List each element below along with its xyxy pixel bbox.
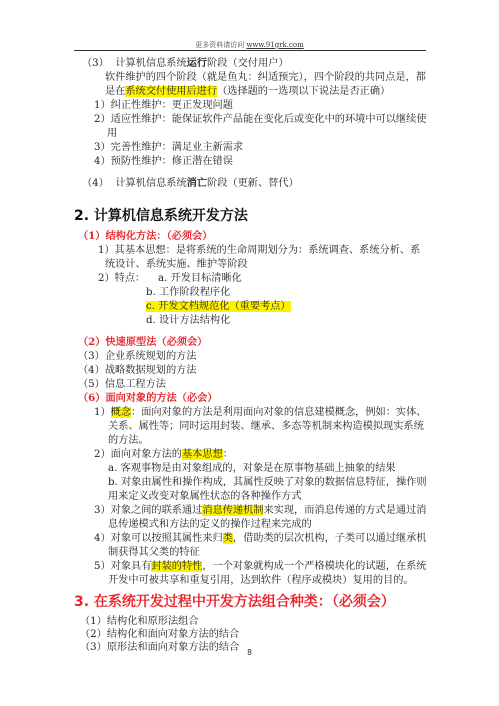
oo-point-2-a: a. 客观事物是由对象组成的，对象是在原事物基础上抽象的结果: [108, 462, 396, 475]
maintenance-desc-line2: 是在系统交付使用后进行（选择题的一选项以下说法是否正确）: [105, 85, 390, 98]
maint-item-4: 4）预防性维护：修正潜在错误: [94, 155, 233, 168]
header-url-link[interactable]: www.91grk.com: [246, 41, 303, 49]
page-number: 8: [0, 648, 499, 657]
method-6-title: （6）面向对象的方法（必会）: [78, 392, 218, 405]
header-prefix: 更多资料请访问: [195, 41, 246, 49]
oo-point-5-line2: 开发中可被共享和重复引用，达到软件（程序或模块）复用的目的。: [108, 574, 414, 587]
maintenance-desc-line1: 软件维护的四个阶段（就是鱼丸：纠适预完），四个阶段的共同点是，都: [105, 71, 426, 84]
text: 来实现，而消息传递的方式是通过消: [263, 505, 426, 516]
bold-term: 消亡: [187, 177, 207, 189]
item-number: （3）: [82, 58, 109, 69]
feature-b: b. 工作阶段程序化: [146, 286, 230, 299]
highlighted-text: 消息传递机制: [202, 505, 263, 516]
oo-point-2: 2）面向对象方法的基本思想：: [94, 448, 233, 461]
text: （选择题的一选项以下说法是否正确）: [217, 86, 390, 97]
method-1-idea-line1: 1）其基本思想：是将系统的生命周期划分为：系统调查、系统分析、系: [98, 244, 420, 257]
text: 是在: [105, 86, 125, 97]
oo-point-1-line2: 关系、属性等；同时运用封装、继承、多态等机制来构造模拟现实系统: [108, 420, 424, 433]
text: 3）对象之间的联系通过: [94, 505, 202, 516]
header-rule: [74, 50, 426, 51]
maint-item-2: 2）适应性维护：能保证软件产品能在变化后或变化中的环境中可以继续使: [94, 113, 426, 126]
highlighted-text: 基本思想: [182, 449, 223, 460]
text: 2）面向对象方法的: [94, 449, 182, 460]
feature-a: a. 开发目标清晰化: [158, 272, 242, 285]
text: ：: [223, 449, 233, 460]
stage-3-line: （3） 计算机信息系统运行阶段（交付用户）: [82, 57, 289, 70]
stage-4-line: （4） 计算机信息系统消亡阶段（更新、替代）: [82, 177, 299, 190]
maint-item-2-cont: 用: [107, 127, 117, 140]
item-text: 阶段（更新、替代）: [207, 178, 299, 189]
text: ，一个对象就构成一个严格模块化的试题，在系统: [202, 561, 426, 572]
oo-point-3-line1: 3）对象之间的联系通过消息传递机制来实现，而消息传递的方式是通过消: [94, 504, 426, 517]
highlighted-text: c. 开发文档规范化（重要考点）: [146, 301, 291, 312]
highlighted-text: 系统交付使用后进行: [125, 86, 217, 97]
item-number: 1）: [94, 407, 111, 418]
highlighted-text: 概念: [111, 407, 131, 418]
combo-item-1: （1）结构化和原形法组合: [80, 615, 199, 628]
item-text: 阶段（交付用户）: [207, 58, 289, 69]
oo-point-5-line1: 5）对象具有封装的特性，一个对象就构成一个严格模块化的试题，在系统: [94, 560, 426, 573]
method-1-idea-line2: 统设计、系统实施、维护等阶段: [105, 258, 248, 271]
oo-point-2-b-line1: b. 对象由属性和操作构成，其属性反映了对象的数据信息特征，操作则: [108, 476, 427, 489]
maint-item-3: 3）完善性维护：满足业主新需求: [94, 141, 243, 154]
method-3: （3）企业系统规划的方法: [78, 350, 197, 363]
feature-d: d. 设计方法结构化: [146, 314, 230, 327]
highlighted-text: 封装的特性: [151, 561, 202, 572]
method-2-title: （2）快速原型法（必须会）: [78, 336, 207, 349]
section-2-heading: 2. 计算机信息系统开发方法: [74, 205, 248, 225]
bold-term: 运行: [187, 57, 207, 69]
text: ，借助类的层次机构，子类可以通过继承机: [233, 533, 427, 544]
oo-point-4-line1: 4）对象可以按照其属性来归类，借助类的层次机构，子类可以通过继承机: [94, 532, 426, 545]
highlighted-text: 类: [223, 533, 233, 544]
method-5: （5）信息工程方法: [78, 378, 166, 391]
combo-item-2: （2）结构化和面向对象方法的结合: [80, 628, 239, 641]
method-1-title: （1）结构化方法：（必须会）: [78, 230, 212, 243]
method-4: （4）战略数据规划的方法: [78, 364, 197, 377]
text: 5）对象具有: [94, 561, 151, 572]
oo-point-4-line2: 制获得其父类的特征: [108, 546, 200, 559]
item-text: 计算机信息系统: [115, 58, 186, 69]
text: ：面向对象的方法是利用面向对象的信息建模概念，例如：实体、: [131, 407, 426, 418]
maint-item-1: 1）纠正性维护：更正发现问题: [94, 99, 233, 112]
text: 4）对象可以按照其属性来归: [94, 533, 223, 544]
oo-point-1-line1: 1）概念：面向对象的方法是利用面向对象的信息建模概念，例如：实体、: [94, 406, 426, 419]
oo-point-3-line2: 息传递模式和方法的定义的操作过程来完成的: [108, 518, 312, 531]
feature-c: c. 开发文档规范化（重要考点）: [146, 300, 291, 313]
page-header: 更多资料请访问 www.91grk.com: [0, 40, 499, 50]
item-number: （4）: [82, 178, 109, 189]
item-text: 计算机信息系统: [115, 178, 186, 189]
oo-point-2-b-line2: 用来定义改变对象属性状态的各种操作方式: [108, 490, 302, 503]
method-1-features-label: 2）特点：: [98, 272, 145, 285]
document-page: 更多资料请访问 www.91grk.com （3） 计算机信息系统运行阶段（交付…: [0, 0, 499, 706]
section-3-heading: 3. 在系统开发过程中开发方法组合种类：（必须会）: [74, 591, 395, 611]
oo-point-1-line3: 的方法。: [108, 434, 149, 447]
